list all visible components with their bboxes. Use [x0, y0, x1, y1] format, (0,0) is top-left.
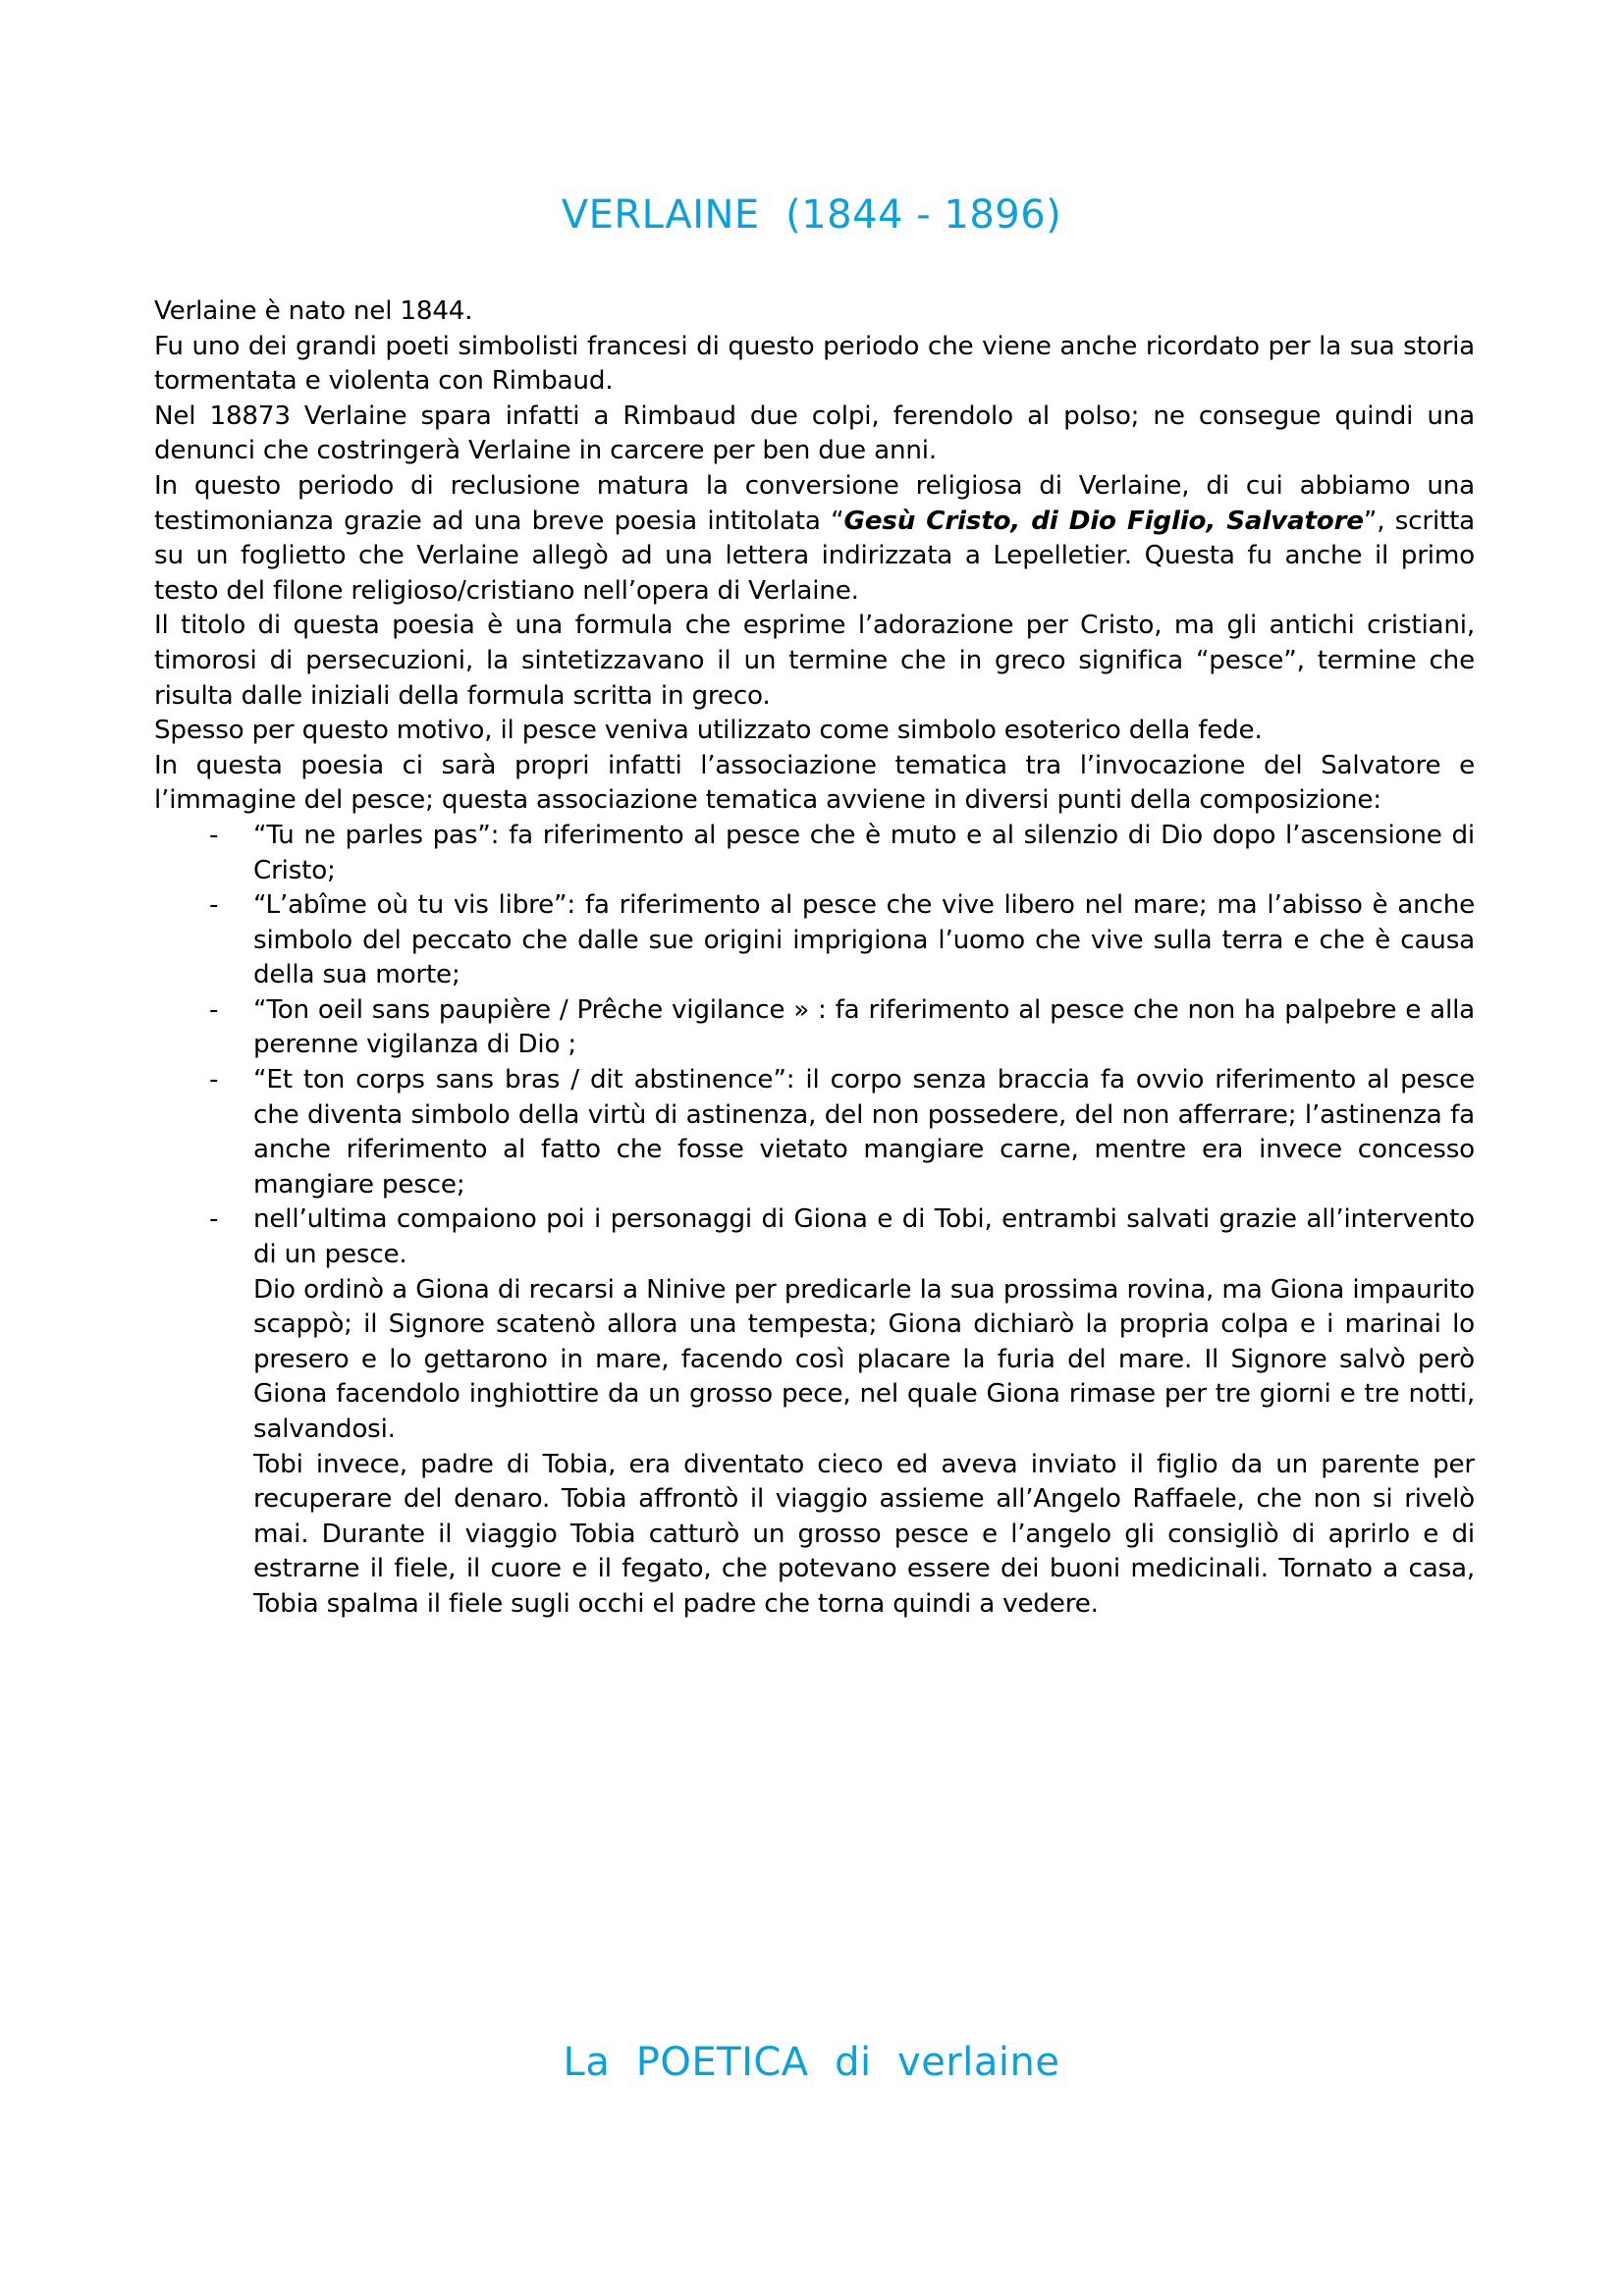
dash-bullet-icon: -	[209, 1063, 218, 1098]
list-item-text: “Et ton corps sans bras / dit abstinence…	[253, 1065, 1475, 1200]
list-item: -“L’abîme où tu vis libre”: fa riferimen…	[154, 888, 1475, 993]
poem-title: Gesù Cristo, di Dio Figlio, Salvatore	[843, 507, 1363, 536]
list-item-text: “Ton oeil sans paupière / Prêche vigilan…	[253, 995, 1475, 1060]
bullet-list: -“Tu ne parles pas”: fa riferimento al p…	[154, 819, 1475, 1273]
paragraph-intro: Fu uno dei grandi poeti simbolisti franc…	[154, 330, 1475, 400]
paragraph-tobi: Tobi invece, padre di Tobia, era diventa…	[154, 1448, 1475, 1623]
dash-bullet-icon: -	[209, 993, 218, 1029]
list-item-text: “Tu ne parles pas”: fa riferimento al pe…	[253, 821, 1475, 885]
paragraph-shooting: Nel 18873 Verlaine spara infatti a Rimba…	[154, 400, 1475, 469]
document-body: Verlaine è nato nel 1844. Fu uno dei gra…	[154, 294, 1475, 1623]
paragraph-giona: Dio ordinò a Giona di recarsi a Ninive p…	[154, 1273, 1475, 1448]
paragraph-fish-symbol: Spesso per questo motivo, il pesce veniv…	[154, 714, 1475, 749]
paragraph-conversion: In questo periodo di reclusione matura l…	[154, 469, 1475, 609]
dash-bullet-icon: -	[209, 819, 218, 854]
document-page: VERLAINE (1844 - 1896) Verlaine è nato n…	[0, 0, 1623, 2296]
dash-bullet-icon: -	[209, 888, 218, 924]
page-title: VERLAINE (1844 - 1896)	[0, 192, 1623, 238]
list-item: -nell’ultima compaiono poi i personaggi …	[154, 1202, 1475, 1272]
list-item-text: “L’abîme où tu vis libre”: fa riferiment…	[253, 890, 1475, 989]
section-title: La POETICA di verlaine	[0, 2040, 1623, 2085]
dash-bullet-icon: -	[209, 1202, 218, 1238]
list-item: -“Tu ne parles pas”: fa riferimento al p…	[154, 819, 1475, 888]
paragraph-birth: Verlaine è nato nel 1844.	[154, 294, 1475, 330]
paragraph-title-meaning: Il titolo di questa poesia è una formula…	[154, 609, 1475, 714]
list-item: -“Et ton corps sans bras / dit abstinenc…	[154, 1063, 1475, 1202]
list-item: -“Ton oeil sans paupière / Prêche vigila…	[154, 993, 1475, 1063]
paragraph-association: In questa poesia ci sarà propri infatti …	[154, 749, 1475, 819]
list-item-text: nell’ultima compaiono poi i personaggi d…	[253, 1204, 1475, 1269]
